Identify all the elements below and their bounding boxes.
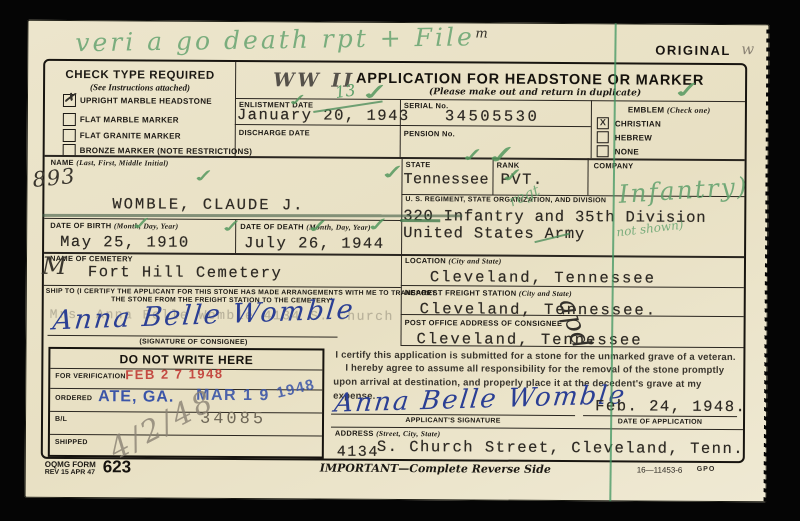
cemetery-handwritten-mark: M <box>42 252 67 280</box>
date-of-birth-label: DATE OF BIRTH (Month, Day, Year) <box>50 221 178 231</box>
checkmark-annotation: ✓ <box>219 217 244 235</box>
date-of-death-value: July 26, 1944 <box>244 234 385 253</box>
bl-label: B/L <box>55 416 67 423</box>
print-code: 16—11453-6 <box>637 465 683 474</box>
application-date-caption: DATE OF APPLICATION <box>595 418 725 426</box>
divider <box>50 434 322 437</box>
perforated-edge <box>764 24 771 502</box>
checkmark-annotation: ✓ <box>286 91 309 108</box>
checkbox-label: FLAT GRANITE MARKER <box>80 131 181 141</box>
state-value: Tennessee <box>403 171 489 189</box>
form-code-rev: REV 15 APR 47 <box>45 469 95 476</box>
headstone-application-card: veri a go death rpt + File m ORIGINAL w … <box>25 20 770 503</box>
handwritten-x-mark: ✗ <box>63 90 76 106</box>
important-note: IMPORTANT—Complete Reverse Side <box>320 462 551 476</box>
enlistment-note-13: 13 <box>334 80 357 102</box>
address-number: 4134 <box>337 444 379 461</box>
post-office-label: POST OFFICE ADDRESS OF CONSIGNEE <box>405 318 563 328</box>
checkbox-upright-marble: ✗ <box>63 94 76 107</box>
divider <box>591 100 592 158</box>
checkbox-hebrew <box>597 131 609 143</box>
address-label: ADDRESS (Street, City, State) <box>335 429 441 439</box>
application-date-value: Feb. 24, 1948. <box>595 397 746 416</box>
do-not-write-title: DO NOT WRITE HERE <box>50 352 322 368</box>
checkbox-christian: X <box>597 117 609 129</box>
state-label: STATE <box>406 160 431 169</box>
emblem-option-label: NONE <box>615 147 639 156</box>
for-verification-label: FOR VERIFICATION <box>55 373 125 380</box>
emblem-option-label: CHRISTIAN <box>615 119 661 128</box>
scanned-document-stage: veri a go death rpt + File m ORIGINAL w … <box>0 0 800 521</box>
green-underline-320 <box>400 219 440 222</box>
gpo-label: GPO <box>697 466 716 473</box>
check-type-title: CHECK TYPE REQUIRED <box>45 69 235 82</box>
consignee-signature-caption: (SIGNATURE OF CONSIGNEE) <box>103 338 283 346</box>
checkmark-annotation: ✓ <box>129 214 154 232</box>
shipped-label: SHIPPED <box>55 439 88 446</box>
signature-line <box>583 415 737 417</box>
pension-no-label: PENSION No. <box>404 129 455 138</box>
location-label: LOCATION (City and State) <box>405 256 502 266</box>
checkbox-none <box>597 145 609 157</box>
signature-line <box>48 335 338 338</box>
form-code-name: OQMG FORM <box>45 460 96 469</box>
top-ink-mark: m <box>475 26 487 41</box>
verification-date-stamp: FEB 2 7 1948 <box>125 366 223 382</box>
emblem-title: EMBLEM (Check one) <box>628 105 711 115</box>
regiment-label: U. S. REGIMENT, STATE ORGANIZATION, AND … <box>405 196 606 204</box>
cemetery-value: Fort Hill Cemetery <box>88 263 283 282</box>
form-subtitle: (Please make out and return in duplicate… <box>375 87 695 99</box>
name-value: WOMBLE, CLAUDE J. <box>112 195 304 214</box>
form-number: 623 <box>103 457 131 477</box>
typed-x-mark: X <box>598 117 608 127</box>
serial-no-value: 34505530 <box>445 107 540 126</box>
serial-no-label: SERIAL No. <box>404 101 449 110</box>
ordered-label: ORDERED <box>55 395 92 402</box>
freight-station-value: Cleveland, Tennessee. <box>420 300 657 319</box>
top-handwritten-note: veri a go death rpt + File <box>75 22 475 57</box>
freight-station-label: NEAREST FREIGHT STATION (City and State) <box>405 288 572 298</box>
discharge-date-label: DISCHARGE DATE <box>239 128 310 137</box>
divider <box>400 157 402 345</box>
checkbox-flat-granite <box>63 129 76 142</box>
do-not-write-box: DO NOT WRITE HERE FOR VERIFICATION ORDER… <box>48 347 325 459</box>
checkmark-annotation: ✓ <box>192 167 217 185</box>
address-value: S. Church Street, Cleveland, Tenn. <box>377 438 744 458</box>
applicant-signature-caption: APPLICANT'S SIGNATURE <box>353 417 553 425</box>
regiment-value-line2: United States Army <box>403 224 585 243</box>
date-of-birth-value: May 25, 1910 <box>60 233 190 252</box>
divider <box>44 252 744 258</box>
green-underline-name <box>42 214 462 217</box>
divider <box>587 158 588 195</box>
checkbox-flat-marble <box>63 113 76 126</box>
case-number-handwritten: 893 <box>31 164 76 192</box>
original-label: ORIGINAL <box>655 43 731 58</box>
emblem-option-label: HEBREW <box>615 133 652 142</box>
application-form: CHECK TYPE REQUIRED (See Instructions at… <box>41 59 747 463</box>
original-pencil-mark: w <box>741 40 754 58</box>
checkbox-label: FLAT MARBLE MARKER <box>80 115 179 125</box>
checkbox-label: UPRIGHT MARBLE HEADSTONE <box>80 96 212 106</box>
ordered-year-stamp: 1948 <box>275 376 317 402</box>
